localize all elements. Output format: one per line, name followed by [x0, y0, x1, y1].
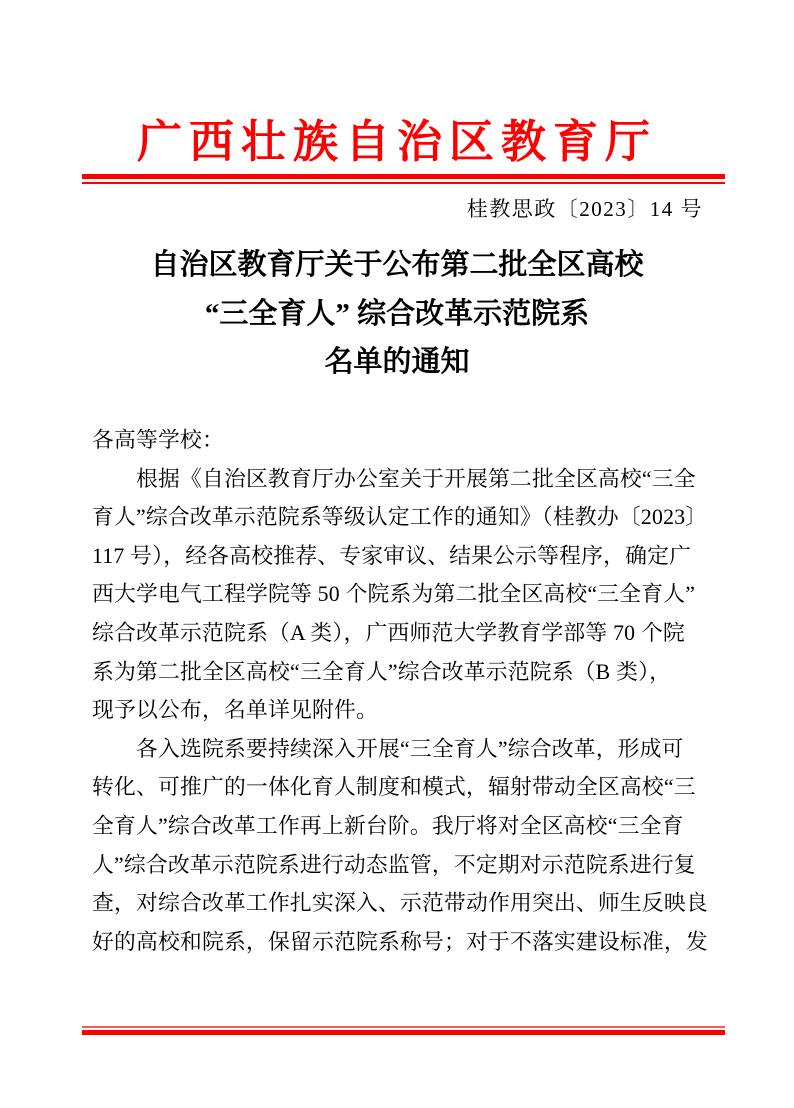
footer-separator-thick-line [82, 1030, 725, 1035]
body-line: 根据《自治区教育厅办公室关于开展第二批全区高校“三全 [92, 460, 732, 499]
header-separator-thick-line [82, 174, 725, 179]
body-line: 各入选院系要持续深入开展“三全育人”综合改革，形成可 [92, 730, 732, 769]
header-separator-thin-line [82, 182, 725, 184]
document-title-line: “三全育人” 综合改革示范院系 [0, 290, 794, 339]
document-body: 各高等学校： 根据《自治区教育厅办公室关于开展第二批全区高校“三全 育人”综合改… [92, 421, 732, 961]
document-title: 自治区教育厅关于公布第二批全区高校 “三全育人” 综合改革示范院系 名单的通知 [0, 241, 794, 387]
body-line: 好的高校和院系，保留示范院系称号；对于不落实建设标准，发 [92, 923, 732, 962]
letterhead-agency-name: 广西壮族自治区教育厅 [0, 116, 794, 168]
body-line: 全育人”综合改革工作再上新台阶。我厅将对全区高校“三全育 [92, 807, 732, 846]
document-title-line: 自治区教育厅关于公布第二批全区高校 [0, 241, 794, 290]
document-title-line: 名单的通知 [0, 338, 794, 387]
document-page: 广西壮族自治区教育厅 桂教思政〔2023〕14 号 自治区教育厅关于公布第二批全… [0, 0, 794, 1108]
body-line: 查，对综合改革工作扎实深入、示范带动作用突出、师生反映良 [92, 884, 732, 923]
body-line: 系为第二批全区高校“三全育人”综合改革示范院系（B 类）， [92, 653, 732, 692]
body-line: 综合改革示范院系（A 类），广西师范大学教育学部等 70 个院 [92, 614, 732, 653]
document-reference-number: 桂教思政〔2023〕14 号 [0, 196, 703, 222]
body-salutation: 各高等学校： [92, 421, 732, 460]
body-line: 人”综合改革示范院系进行动态监管，不定期对示范院系进行复 [92, 846, 732, 885]
body-line: 转化、可推广的一体化育人制度和模式，辐射带动全区高校“三 [92, 768, 732, 807]
body-line: 现予以公布，名单详见附件。 [92, 691, 732, 730]
body-line: 西大学电气工程学院等 50 个院系为第二批全区高校“三全育人” [92, 575, 732, 614]
body-line: 育人”综合改革示范院系等级认定工作的通知》（桂教办〔2023〕 [92, 498, 732, 537]
body-line: 117 号），经各高校推荐、专家审议、结果公示等程序，确定广 [92, 537, 732, 576]
footer-separator-thin-line [82, 1026, 725, 1028]
